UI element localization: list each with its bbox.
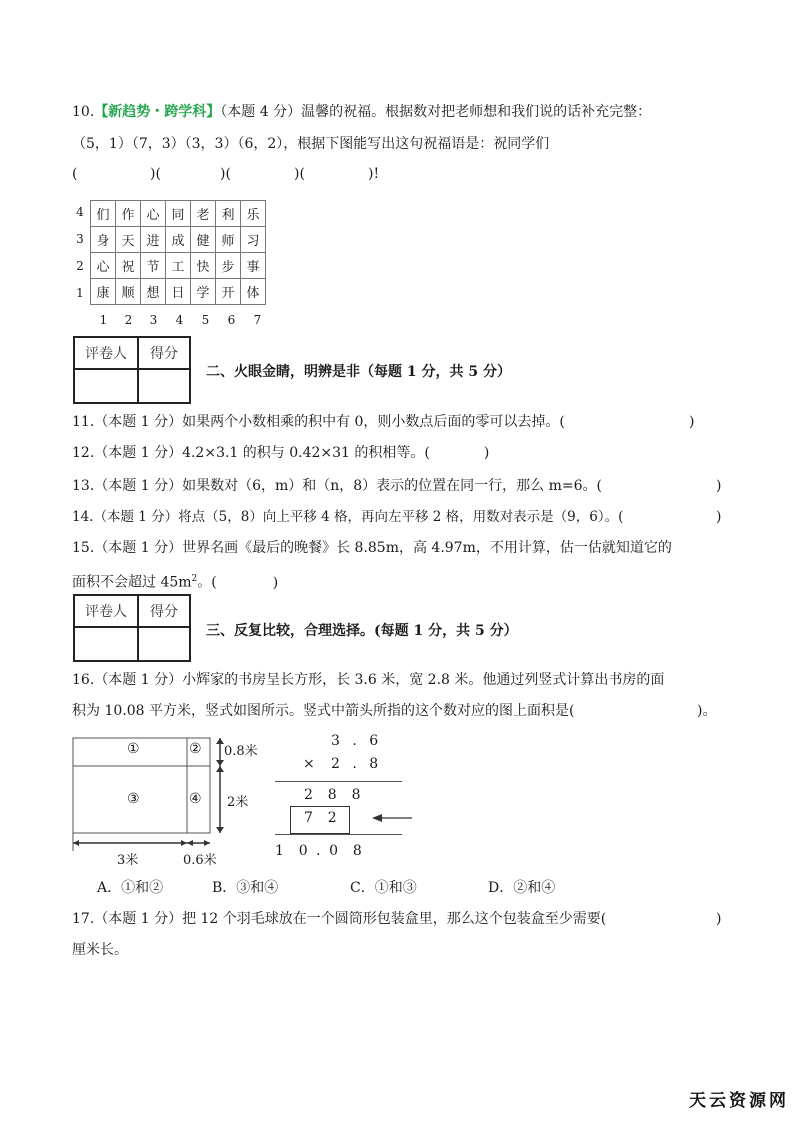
question-17-line1: 17.（本题 1 分）把 12 个羽毛球放在一个圆筒形包装盒里，那么这个包装盒至… — [72, 909, 606, 929]
calc-result: 1 0 . 0 8 — [275, 843, 364, 859]
question-15: 15.（本题 1 分）世界名画《最后的晚餐》长 8.85m，高 4.97m，不用… — [72, 538, 672, 558]
grid-cell: 心 — [141, 201, 166, 227]
answer-blank-close[interactable]: ) — [689, 412, 694, 432]
option-b[interactable]: B．③和④ — [212, 877, 278, 897]
grid-cell: 作 — [116, 201, 141, 227]
grid-cell: 健 — [191, 227, 216, 253]
grid-cell: 想 — [141, 279, 166, 305]
grid-cell: 师 — [216, 227, 241, 253]
q10-line2: （5，1）（7，3）（3，3）（6，2），根据下图能写出这句祝福语是：祝同学们 — [72, 134, 549, 154]
blank-3[interactable]: )( — [294, 166, 305, 182]
multiply-sign: × — [303, 756, 315, 772]
section-3-title: 三、反复比较，合理选择。(每题 1 分，共 5 分） — [206, 620, 518, 640]
grid-cell: 事 — [241, 253, 266, 279]
calc-divider — [275, 781, 402, 782]
coordinate-char-grid: 们作心同老利乐 身天进成健师习 心祝节工快步事 康顺想日学开体 — [90, 200, 266, 305]
blank-2[interactable]: )( — [220, 166, 231, 182]
calc-multiplier: 2 . 8 — [331, 756, 382, 772]
grid-cell: 利 — [216, 201, 241, 227]
grid-col-label: 3 — [141, 313, 166, 327]
region-3-label: ③ — [127, 791, 140, 807]
grid-cell: 老 — [191, 201, 216, 227]
grid-cell: 步 — [216, 253, 241, 279]
grid-col-label: 4 — [167, 313, 192, 327]
answer-blank-close[interactable]: ) — [484, 445, 489, 461]
question-text: 面积不会超过 45m — [72, 575, 192, 591]
grid-cell: 乐 — [241, 201, 266, 227]
grid-col-label: 2 — [116, 313, 141, 327]
grid-cell: 日 — [166, 279, 191, 305]
grid-cell: 身 — [91, 227, 116, 253]
grid-cell: 工 — [166, 253, 191, 279]
q10-line1: 10.【新趋势・跨学科】（本题 4 分）温馨的祝福。根据数对把老师想和我们说的话… — [72, 102, 651, 122]
option-c[interactable]: C．①和③ — [350, 877, 417, 897]
grid-col-label: 7 — [245, 313, 270, 327]
grid-cell: 进 — [141, 227, 166, 253]
grader-field[interactable] — [74, 627, 138, 661]
grid-col-label: 6 — [219, 313, 244, 327]
question-text: 积为 10.08 平方米，竖式如图所示。竖式中箭头所指的这个数对应的图上面积是( — [72, 703, 574, 719]
grid-cell: 祝 — [116, 253, 141, 279]
grid-cell: 同 — [166, 201, 191, 227]
grader-field[interactable] — [74, 369, 138, 403]
question-16-line1: 16.（本题 1 分）小辉家的书房呈长方形，长 3.6 米，宽 2.8 米。他通… — [72, 670, 664, 690]
dim-bottom-right-label: 0.6米 — [183, 849, 217, 868]
question-text: 12.（本题 1 分）4.2×3.1 的积与 0.42×31 的积相等。( — [72, 445, 430, 461]
q10-text: （本题 4 分）温馨的祝福。根据数对把老师想和我们说的话补充完整： — [220, 104, 651, 120]
region-2-label: ② — [189, 741, 202, 757]
question-text: 14.（本题 1 分）将点（5，8）向上平移 4 格，再向左平移 2 格，用数对… — [72, 509, 623, 525]
score-label: 得分 — [138, 595, 190, 627]
grid-cell: 节 — [141, 253, 166, 279]
score-field[interactable] — [138, 369, 190, 403]
grid-row: 们作心同老利乐 — [91, 201, 266, 227]
answer-blank-close[interactable]: ) — [716, 909, 721, 929]
grader-table: 评卷人得分 — [73, 336, 191, 404]
grid-row-label: 1 — [75, 286, 85, 300]
grid-cell: 快 — [191, 253, 216, 279]
blank-1[interactable]: )( — [150, 166, 161, 182]
region-1-label: ① — [127, 741, 140, 757]
grader-table: 评卷人得分 — [73, 594, 191, 662]
grid-row-label: 2 — [75, 259, 85, 273]
grid-col-label: 1 — [91, 313, 116, 327]
question-text: 13.（本题 1 分）如果数对（6，m）和（n，8）表示的位置在同一行，那么 m… — [72, 478, 602, 494]
q10-tag: 【新趋势・跨学科】 — [94, 104, 220, 120]
region-4-label: ④ — [189, 791, 202, 807]
grid-row: 心祝节工快步事 — [91, 253, 266, 279]
grid-row: 康顺想日学开体 — [91, 279, 266, 305]
grid-cell: 心 — [91, 253, 116, 279]
calc-divider — [275, 834, 402, 835]
grid-cell: 开 — [216, 279, 241, 305]
question-13: 13.（本题 1 分）如果数对（6，m）和（n，8）表示的位置在同一行，那么 m… — [72, 476, 602, 496]
calc-multiplicand: 3 . 6 — [331, 733, 382, 749]
answer-blank-close[interactable]: )。 — [697, 701, 716, 721]
question-14: 14.（本题 1 分）将点（5，8）向上平移 4 格，再向左平移 2 格，用数对… — [72, 507, 623, 527]
grid-cell: 成 — [166, 227, 191, 253]
grid-col-label: 5 — [193, 313, 218, 327]
grader-label: 评卷人 — [74, 595, 138, 627]
grid-row-label: 3 — [75, 232, 85, 246]
watermark-logo: 天云资源网 — [689, 1086, 789, 1111]
grid-cell: 习 — [241, 227, 266, 253]
answer-blank-close[interactable]: ) — [273, 575, 278, 591]
dim-bottom-left-label: 3米 — [117, 849, 138, 868]
q10-answer-blanks: ( )( )( )( )! — [72, 166, 412, 186]
answer-blank-close[interactable]: ) — [716, 507, 721, 527]
calc-partial-1: 2 8 8 — [304, 787, 363, 803]
answer-blank-close[interactable]: ) — [716, 476, 721, 496]
question-15-cont: 面积不会超过 45m2。() — [72, 569, 278, 593]
option-a[interactable]: A．①和② — [97, 877, 163, 897]
grid-cell: 学 — [191, 279, 216, 305]
score-field[interactable] — [138, 627, 190, 661]
section-2-title: 二、火眼金睛，明辨是非（每题 1 分，共 5 分） — [206, 361, 511, 381]
grid-cell: 康 — [91, 279, 116, 305]
question-16-line2: 积为 10.08 平方米，竖式如图所示。竖式中箭头所指的这个数对应的图上面积是( — [72, 701, 574, 721]
blank-4[interactable]: )! — [368, 166, 379, 182]
score-label: 得分 — [138, 337, 190, 369]
question-text: 。( — [197, 575, 216, 591]
calc-partial-2: 7 2 — [304, 810, 339, 826]
grid-cell: 顺 — [116, 279, 141, 305]
dim-top-label: 0.8米 — [224, 740, 258, 759]
grader-label: 评卷人 — [74, 337, 138, 369]
grid-cell: 们 — [91, 201, 116, 227]
option-d[interactable]: D．②和④ — [488, 877, 555, 897]
question-12: 12.（本题 1 分）4.2×3.1 的积与 0.42×31 的积相等。() — [72, 443, 489, 463]
blank-open: ( — [72, 166, 77, 182]
grid-cell: 体 — [241, 279, 266, 305]
grid-row: 身天进成健师习 — [91, 227, 266, 253]
question-17-line2: 厘米长。 — [72, 940, 128, 960]
grid-row-label: 4 — [75, 205, 85, 219]
question-11: 11.（本题 1 分）如果两个小数相乘的积中有 0，则小数点后面的零可以去掉。( — [72, 412, 565, 432]
grid-cell: 天 — [116, 227, 141, 253]
arrow-left-icon — [372, 813, 412, 823]
dim-side-label: 2米 — [227, 791, 248, 810]
question-number: 10. — [72, 104, 94, 120]
question-text: 11.（本题 1 分）如果两个小数相乘的积中有 0，则小数点后面的零可以去掉。( — [72, 414, 565, 430]
